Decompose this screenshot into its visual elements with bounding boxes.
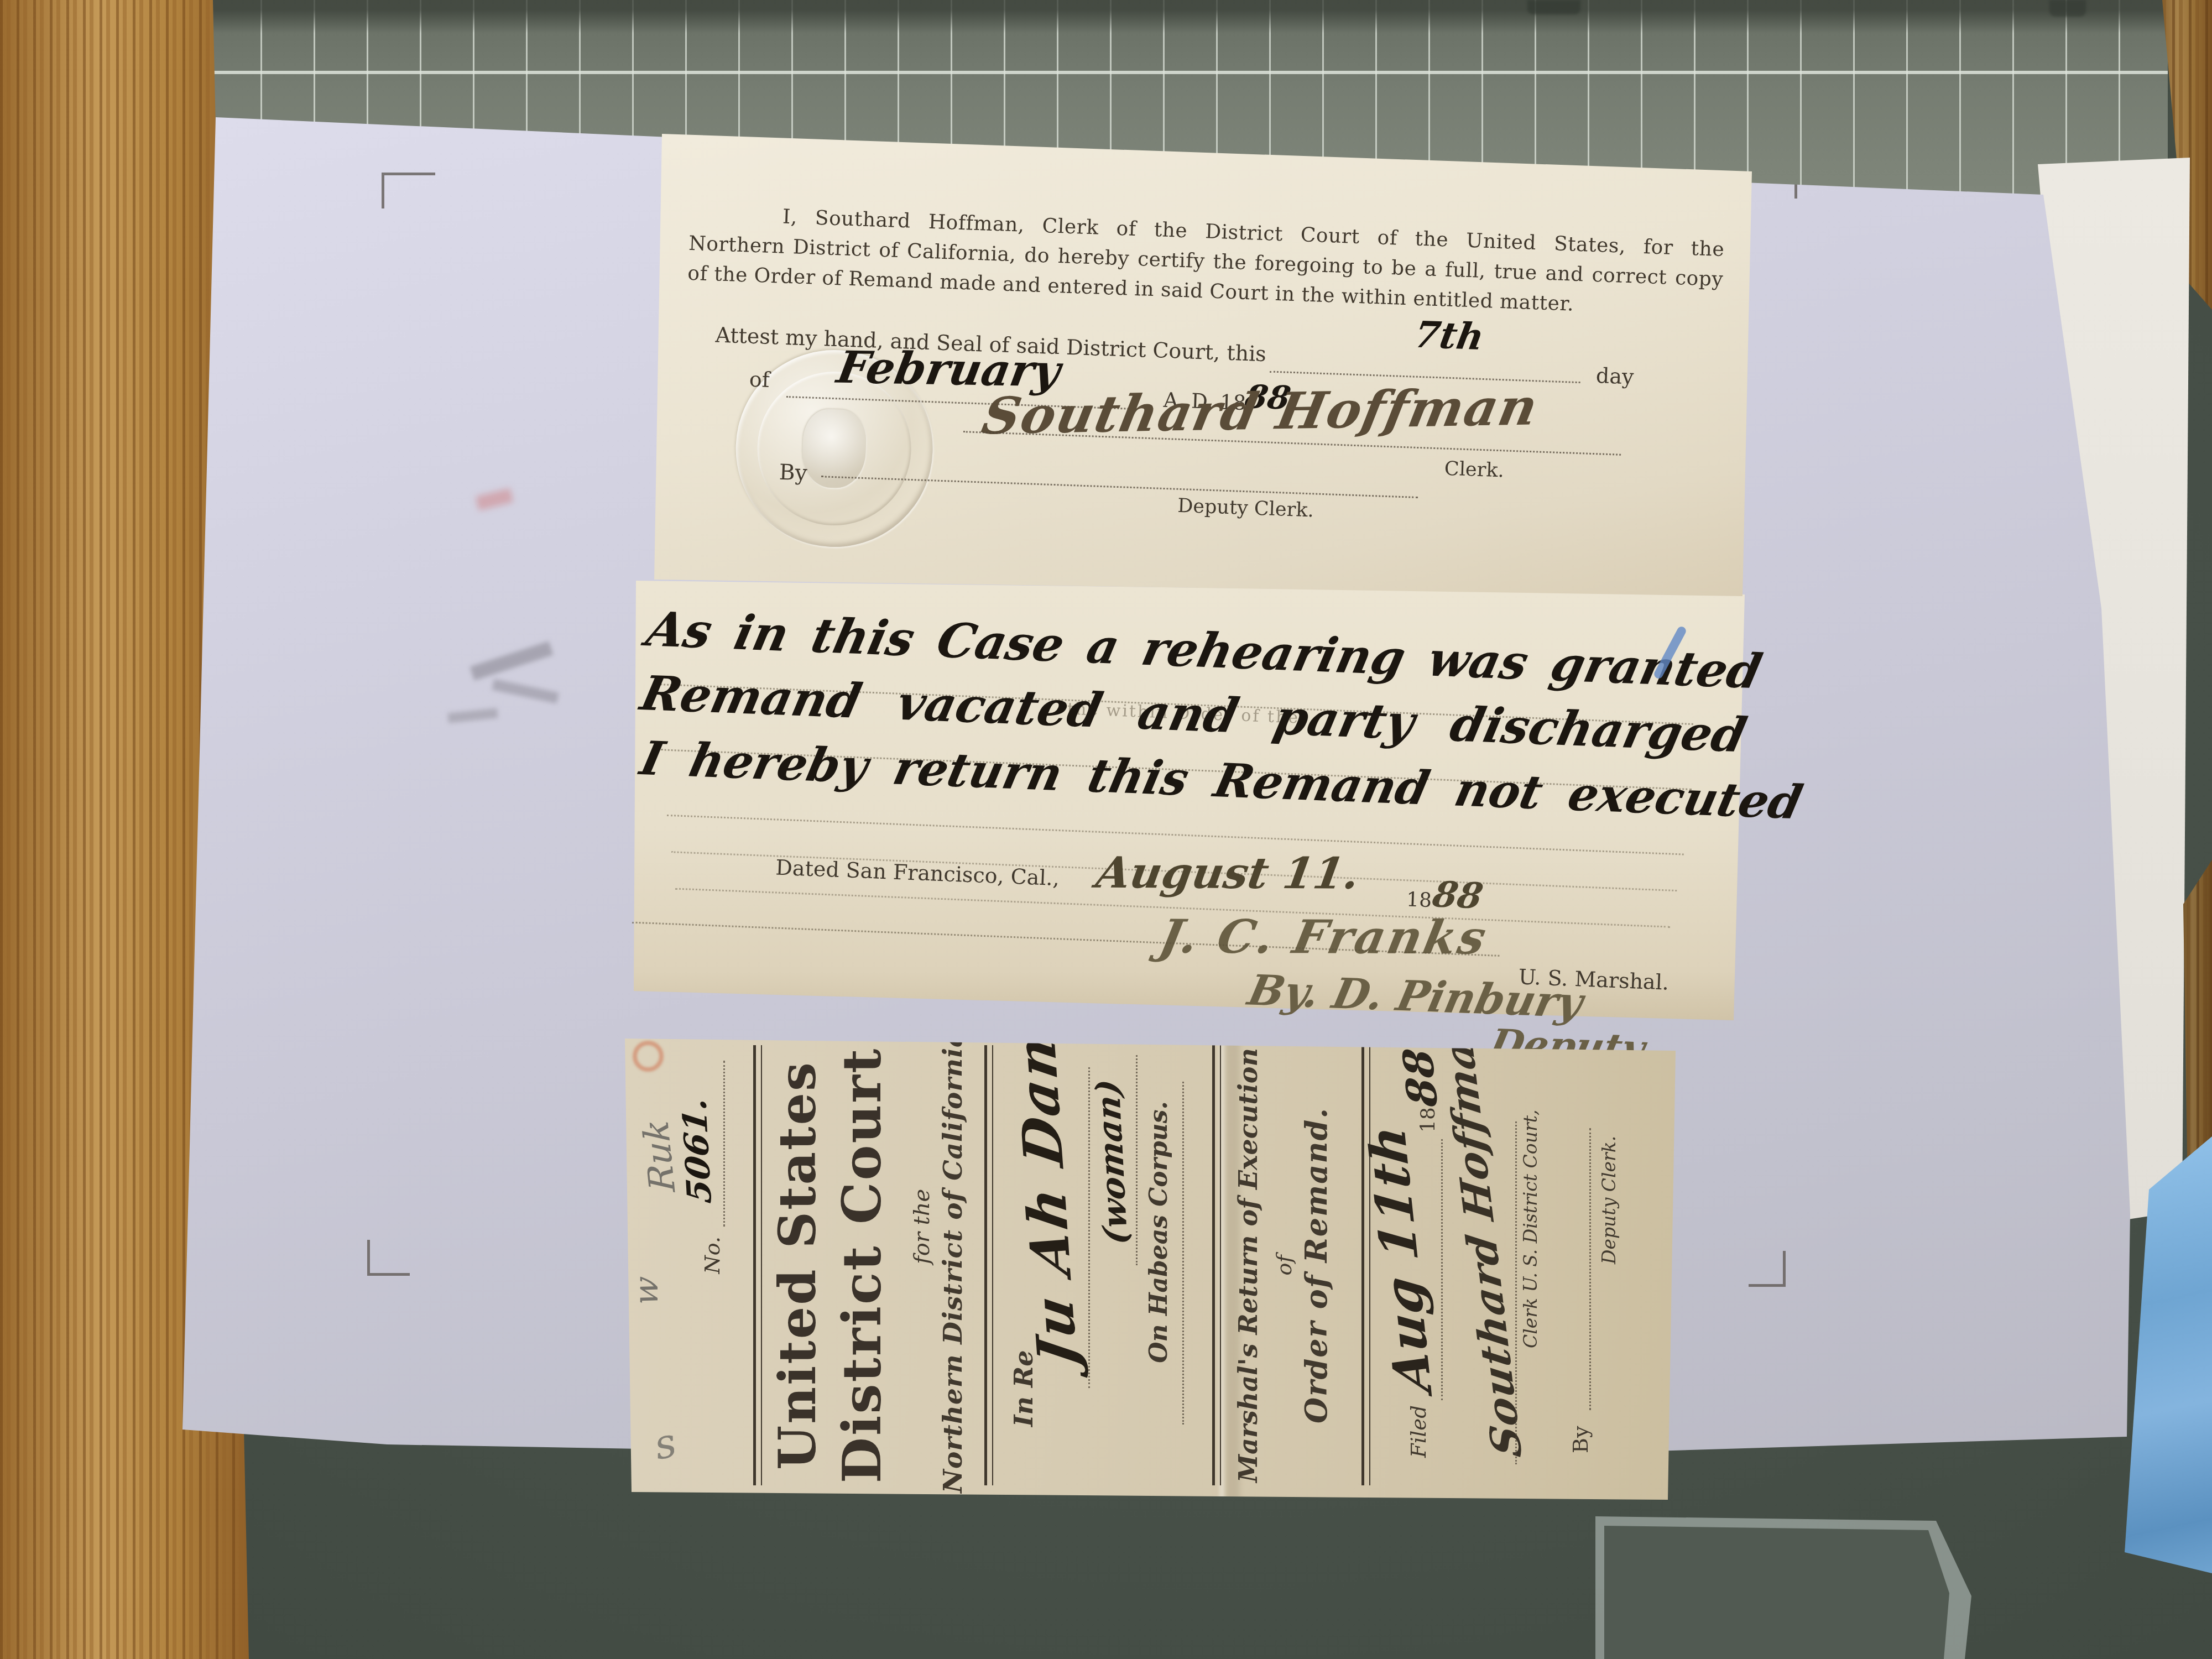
cover-doc-title-1: Marshal's Return of Execution: [1233, 1037, 1263, 1493]
cover-habeas-label: On Habeas Corpus.: [1145, 1004, 1173, 1460]
cover-rule-2: [984, 1045, 993, 1485]
marshal-signature: J. C. Franks: [1155, 909, 1493, 964]
cover-district-line: Northern District of California.: [938, 1037, 968, 1493]
pencil-smudge: [447, 708, 498, 723]
dated-label: Dated San Francisco, Cal.,: [775, 855, 1060, 890]
cover-pencil-swirl-mark: s: [650, 1418, 680, 1469]
corner-mark-bottom-right: [1749, 1251, 1786, 1287]
cover-no-label: No.: [700, 1237, 724, 1274]
cover-for-the: for the: [909, 999, 935, 1454]
clerk-label: Clerk.: [1444, 458, 1504, 482]
cover-filed-year-printed: 18: [1417, 1107, 1439, 1133]
pencil-smudge: [492, 679, 559, 704]
cover-pencil-w-mark: w: [627, 1275, 666, 1307]
cover-page: Ruk w s No. 5061. United States District…: [625, 1037, 1670, 1493]
by-label: By: [779, 460, 807, 486]
cover-dot-line: [1182, 1082, 1184, 1425]
deputy-clerk-label: Deputy Clerk.: [1177, 495, 1314, 522]
pink-smudge: [476, 488, 513, 511]
cover-filed-label: Filed: [1407, 1405, 1431, 1458]
cover-filed-line: [1415, 1139, 1443, 1400]
cover-doc-title-3: Order of Remand.: [1298, 1037, 1334, 1493]
dated-year-printed: 18: [1406, 888, 1432, 912]
photo-of-court-document: I, Southard Hoffman, Clerk of the Distri…: [0, 0, 2212, 1659]
corner-mark-bottom-left: [367, 1240, 410, 1276]
cover-by-line: [1565, 1128, 1591, 1410]
cover-deputy-clerk-label: Deputy Clerk.: [1598, 1136, 1620, 1264]
cover-clerk-title: Clerk U. S. District Court,: [1520, 1110, 1541, 1348]
cover-rule-4: [1361, 1045, 1370, 1485]
cover-clerk-signature-line: [1491, 1121, 1517, 1464]
attest-day-handwritten: 7th: [1411, 313, 1488, 358]
case-cover-panel: Ruk w s No. 5061. United States District…: [625, 1037, 1676, 1502]
cover-rule-1: [753, 1045, 762, 1485]
mat-smudge: [2049, 0, 2086, 17]
cover-court-line-1: United States: [768, 1037, 827, 1493]
cover-party-note-line: [1109, 1055, 1138, 1265]
cover-court-line-2: District Court: [831, 1037, 893, 1493]
certificate-content: I, Southard Hoffman, Clerk of the Distri…: [648, 138, 1747, 635]
attest-of-label: of: [749, 367, 770, 392]
dated-value-handwritten: August 11.: [1093, 848, 1363, 899]
corner-mark-top-left: [382, 173, 435, 208]
glass-plate-interior: [1604, 1526, 1958, 1659]
cover-party-line: [1062, 1067, 1090, 1388]
certificate-paragraph: I, Southard Hoffman, Clerk of the Distri…: [687, 199, 1725, 325]
cover-doc-title-2: of: [1272, 1037, 1296, 1493]
return-content: the within Order of the As in this Case …: [627, 600, 1760, 1102]
glass-plate: [1595, 1516, 1971, 1659]
pencil-smudge: [470, 641, 554, 680]
attest-day-suffix: day: [1595, 363, 1634, 389]
cover-rule-3: [1212, 1045, 1221, 1485]
cover-case-number: 5061.: [675, 1095, 719, 1205]
cover-by-label: By: [1568, 1426, 1593, 1453]
mat-smudge: [1527, 0, 1580, 14]
